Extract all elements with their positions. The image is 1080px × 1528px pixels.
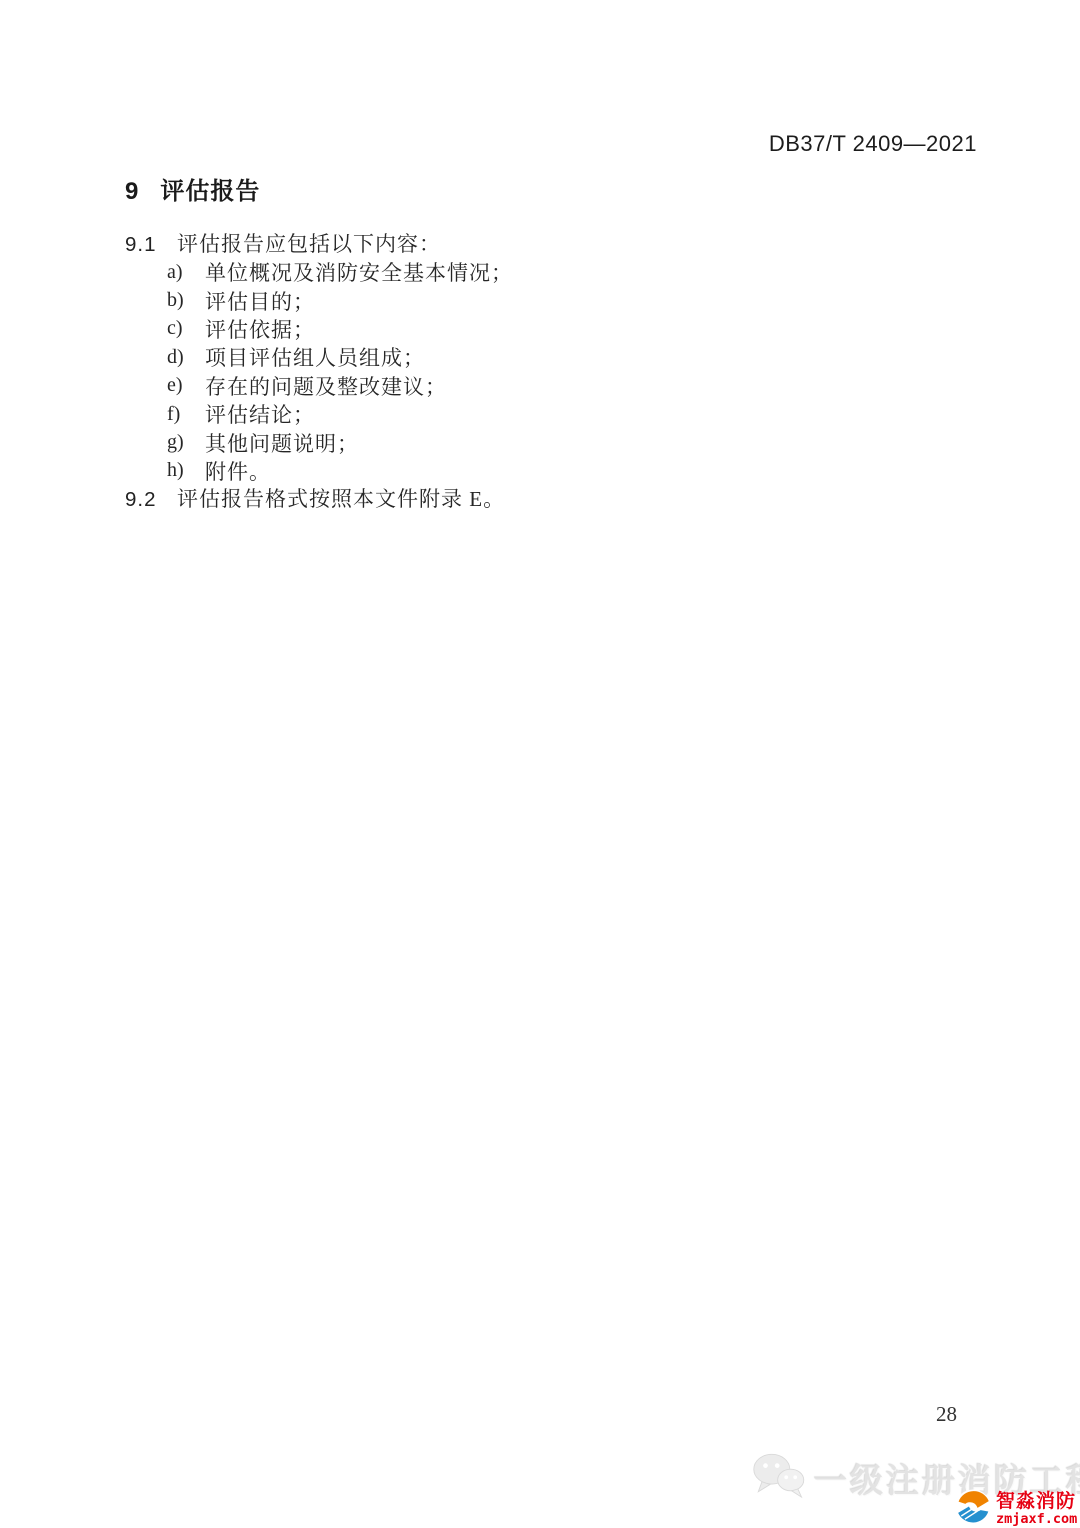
brand-logo: 智淼消防 zmjaxf.com [955,1489,1077,1528]
section-title: 评估报告 [160,178,260,205]
item-letter: d) [167,346,205,369]
zhimiao-fire-logo-icon [955,1489,991,1528]
list-item: h)附件。 [167,457,513,485]
section-number: 9 [125,178,139,205]
item-text: 评估结论； [205,399,315,429]
document-page: DB37/T 2409—2021 9评估报告 9.1评估报告应包括以下内容： a… [0,0,1080,1528]
item-letter: e) [167,374,205,397]
list-item: b)评估目的； [167,286,513,314]
clause-number: 9.2 [125,488,177,512]
item-letter: a) [167,261,205,284]
clause-text: 评估报告格式按照本文件附录 E。 [177,487,505,511]
clause-text: 评估报告应包括以下内容： [177,232,441,256]
clause-number: 9.1 [125,233,177,257]
list-item: e)存在的问题及整改建议； [167,372,513,400]
clause-item-list: a)单位概况及消防安全基本情况； b)评估目的； c)评估依据； d)项目评估组… [167,258,513,485]
item-text: 项目评估组人员组成； [205,342,425,372]
wechat-icon [752,1452,806,1504]
list-item: c)评估依据； [167,315,513,343]
list-item: g)其他问题说明； [167,428,513,456]
item-letter: g) [167,431,205,454]
item-text: 评估目的； [205,286,315,316]
list-item: d)项目评估组人员组成； [167,343,513,371]
clause-9-2: 9.2评估报告格式按照本文件附录 E。 [125,483,505,513]
item-letter: h) [167,459,205,482]
item-text: 评估依据； [205,314,315,344]
item-text: 单位概况及消防安全基本情况； [205,257,513,287]
item-letter: c) [167,317,205,340]
clause-9-1: 9.1评估报告应包括以下内容： [125,228,441,258]
list-item: f)评估结论； [167,400,513,428]
item-letter: b) [167,289,205,312]
section-heading: 9评估报告 [125,171,260,206]
standard-code: DB37/T 2409—2021 [769,131,977,157]
item-text: 其他问题说明； [205,428,359,458]
brand-domain: zmjaxf.com [996,1512,1077,1526]
item-text: 附件。 [205,456,271,486]
brand-text: 智淼消防 zmjaxf.com [996,1492,1077,1526]
list-item: a)单位概况及消防安全基本情况； [167,258,513,286]
brand-title: 智淼消防 [996,1492,1077,1512]
page-number: 28 [936,1402,957,1427]
item-text: 存在的问题及整改建议； [205,371,447,401]
item-letter: f) [167,403,205,426]
